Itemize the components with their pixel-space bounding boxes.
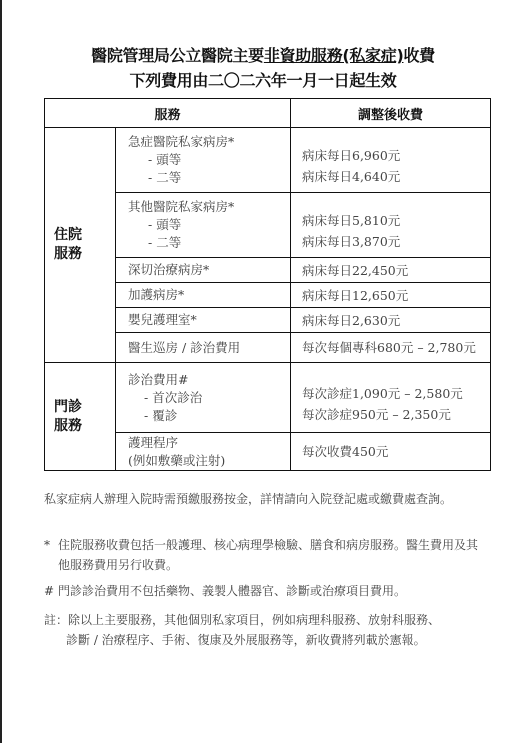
remark-note: 註：除以上主要服務，其他個別私家項目，例如病理科服務、放射科服務、 診斷 / 治… [44, 610, 484, 650]
asterisk-footnote: * 住院服務收費包括一般護理、核心病理學檢驗、膳食和病房服務。醫生費用及其他服務… [44, 535, 484, 575]
category-inpatient: 住院服務 [45, 128, 116, 363]
service-cell: 嬰兒護理室* [116, 308, 291, 333]
table-header-row: 服務 調整後收費 [45, 99, 491, 128]
fee-cell: 病床每日22,450元 [291, 258, 491, 283]
remark-label: 註： [44, 613, 68, 627]
hash-footnote: # 門診診治費用不包括藥物、義製人體器官、診斷或治療項目費用。 [44, 581, 484, 601]
header-adjusted-fee: 調整後收費 [291, 99, 491, 128]
hash-mark: # [44, 581, 58, 601]
fee-cell: 病床每日2,630元 [291, 308, 491, 333]
fee-cell: 每次收費450元 [291, 433, 491, 471]
service-cell: 診治費用# - 首次診治 - 覆診 [116, 363, 291, 433]
service-cell: 醫生巡房 / 診治費用 [116, 333, 291, 363]
fee-cell: 每次診症1,090元 – 2,580元 每次診症950元 – 2,350元 [291, 363, 491, 433]
table-row: 住院服務 急症醫院私家病房* - 頭等 - 二等 病床每日6,960元 病床每日… [45, 128, 491, 193]
category-outpatient: 門診服務 [45, 363, 116, 471]
asterisk-mark: * [44, 535, 58, 575]
service-cell: 護理程序 (例如敷藥或注射) [116, 433, 291, 471]
fee-table: 服務 調整後收費 住院服務 急症醫院私家病房* - 頭等 - 二等 病床每日6,… [44, 98, 491, 471]
service-cell: 深切治療病房* [116, 258, 291, 283]
underlined-title-part: 非資助服務(私家症) [264, 46, 404, 65]
fee-cell: 病床每日12,650元 [291, 283, 491, 308]
header-service: 服務 [45, 99, 291, 128]
service-cell: 急症醫院私家病房* - 頭等 - 二等 [116, 128, 291, 193]
fee-cell: 病床每日6,960元 病床每日4,640元 [291, 128, 491, 193]
fee-cell: 病床每日5,810元 病床每日3,870元 [291, 193, 491, 258]
document-title: 醫院管理局公立醫院主要非資助服務(私家症)收費 [0, 43, 526, 66]
fee-cell: 每次每個專科680元 – 2,780元 [291, 333, 491, 363]
page-edge [0, 0, 2, 743]
service-cell: 加護病房* [116, 283, 291, 308]
deposit-note: 私家症病人辦理入院時需預繳服務按金，詳情請向入院登記處或繳費處查詢。 [44, 489, 484, 509]
service-cell: 其他醫院私家病房* - 頭等 - 二等 [116, 193, 291, 258]
table-row: 門診服務 診治費用# - 首次診治 - 覆診 每次診症1,090元 – 2,58… [45, 363, 491, 433]
effective-date-subtitle: 下列費用由二〇二六年一月一日起生效 [0, 68, 526, 91]
